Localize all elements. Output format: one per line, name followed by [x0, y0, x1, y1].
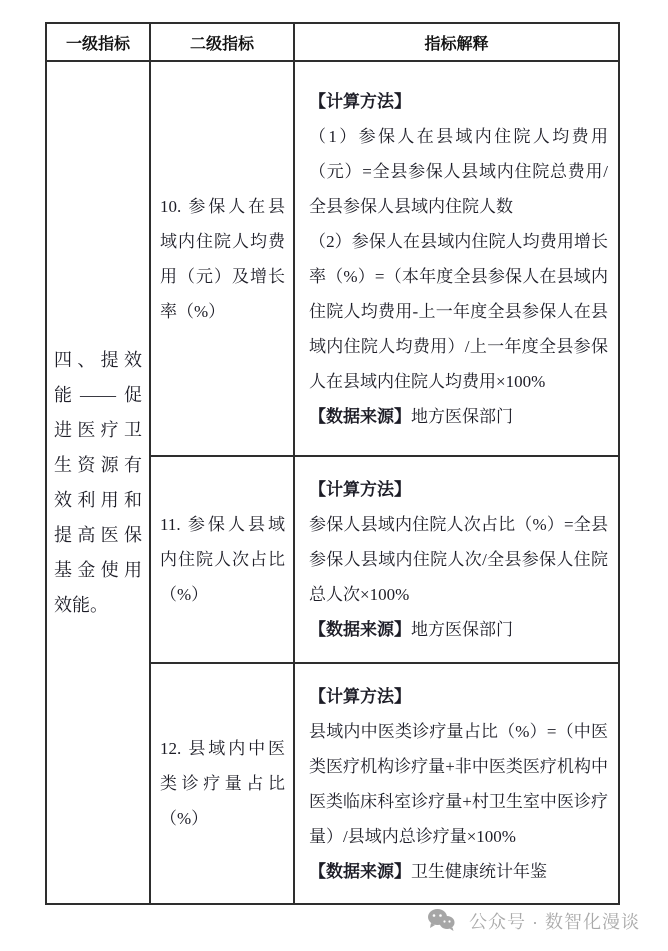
watermark-text: 公众号 · 数智化漫谈 [469, 912, 640, 932]
explanation-12-cell: 【计算方法】 县域内中医类诊疗量占比（%）=（中医类医疗机构诊疗量+非中医类医疗… [294, 663, 619, 904]
level1-indicator-cell: 四、提效能——促进医疗卫生资源有效利用和提高医保基金使用效能。 [46, 61, 150, 904]
document-page: 一级指标 二级指标 指标解释 四、提效能——促进医疗卫生资源有效利用和提高医保基… [0, 0, 668, 951]
method-text: （2）参保人在县域内住院人均费用增长率（%）=（本年度全县参保人在县域内住院人均… [309, 224, 608, 399]
source-line: 【数据来源】地方医保部门 [309, 612, 608, 647]
header-level1-indicator: 一级指标 [46, 23, 150, 61]
table-row-indicator-10: 四、提效能——促进医疗卫生资源有效利用和提高医保基金使用效能。 10. 参保人在… [46, 61, 619, 456]
source-text: 地方医保部门 [411, 407, 513, 426]
source-text: 卫生健康统计年鉴 [411, 862, 547, 881]
table-header-row: 一级指标 二级指标 指标解释 [46, 23, 619, 61]
watermark-footer: 公众号 · 数智化漫谈 [0, 908, 640, 937]
header-indicator-explanation: 指标解释 [294, 23, 619, 61]
level2-indicator-10-cell: 10. 参保人在县域内住院人均费用（元）及增长率（%） [150, 61, 294, 456]
header-level2-indicator: 二级指标 [150, 23, 294, 61]
source-line: 【数据来源】卫生健康统计年鉴 [309, 854, 608, 889]
wechat-icon [427, 908, 455, 937]
method-text: （1）参保人在县域内住院人均费用（元）=全县参保人县域内住院总费用/全县参保人县… [309, 119, 608, 224]
method-text: 县域内中医类诊疗量占比（%）=（中医类医疗机构诊疗量+非中医类医疗机构中医类临床… [309, 714, 608, 854]
level2-indicator-12-cell: 12. 县域内中医类诊疗量占比（%） [150, 663, 294, 904]
method-label: 【计算方法】 [309, 84, 608, 119]
source-line: 【数据来源】地方医保部门 [309, 399, 608, 434]
method-label: 【计算方法】 [309, 472, 608, 507]
source-label: 【数据来源】 [309, 620, 411, 639]
explanation-11-cell: 【计算方法】 参保人县域内住院人次占比（%）=全县参保人县域内住院人次/全县参保… [294, 456, 619, 663]
method-text: 参保人县域内住院人次占比（%）=全县参保人县域内住院人次/全县参保人住院总人次×… [309, 507, 608, 612]
method-label: 【计算方法】 [309, 679, 608, 714]
explanation-10-cell: 【计算方法】 （1）参保人在县域内住院人均费用（元）=全县参保人县域内住院总费用… [294, 61, 619, 456]
source-label: 【数据来源】 [309, 407, 411, 426]
level2-indicator-11-cell: 11. 参保人县域内住院人次占比（%） [150, 456, 294, 663]
indicator-table: 一级指标 二级指标 指标解释 四、提效能——促进医疗卫生资源有效利用和提高医保基… [45, 22, 620, 905]
source-text: 地方医保部门 [411, 620, 513, 639]
source-label: 【数据来源】 [309, 862, 411, 881]
